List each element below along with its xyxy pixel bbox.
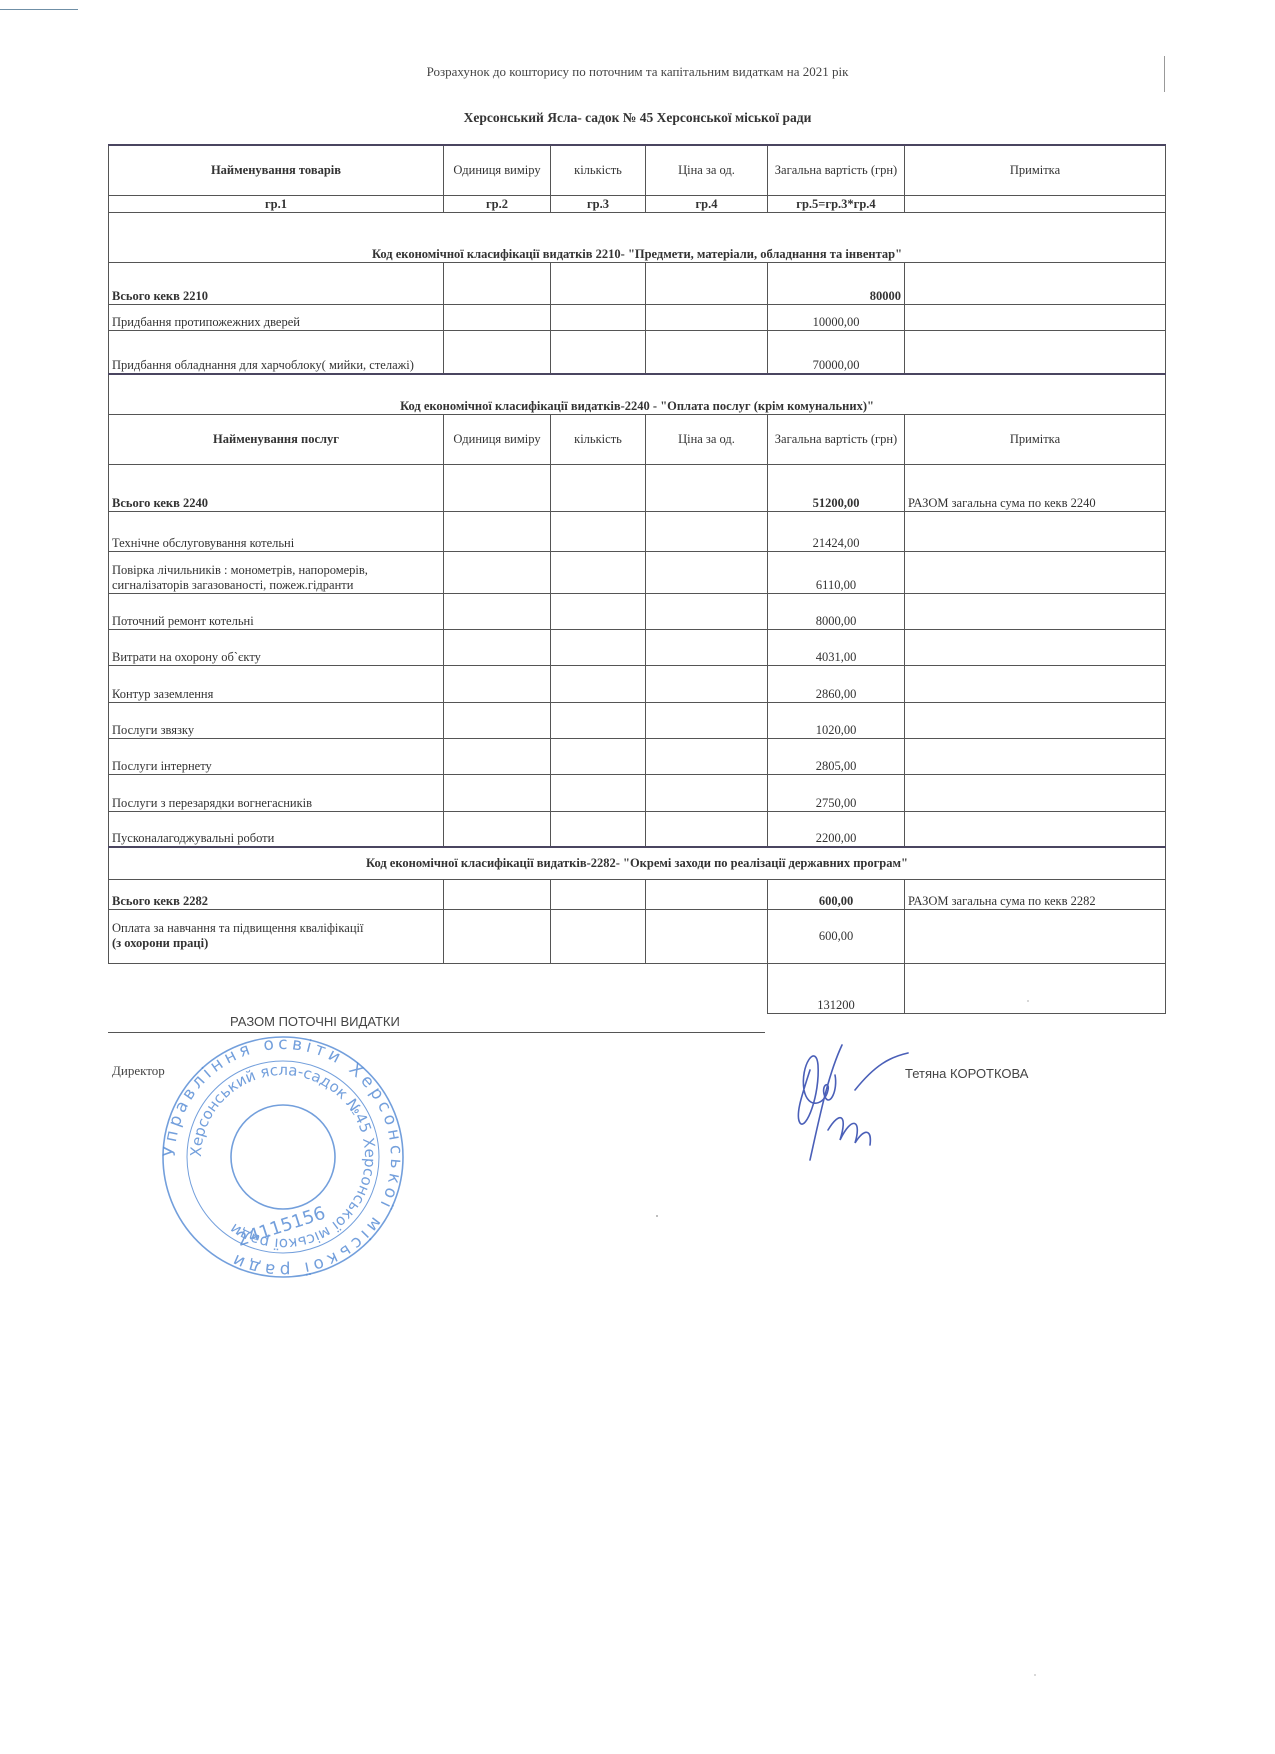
item-sum: 2200,00 [768,811,905,847]
item-sum: 10000,00 [768,304,905,330]
total-label: Всього кекв 2240 [109,464,444,511]
group-code: гр.3 [551,195,646,212]
item-sum: 8000,00 [768,593,905,629]
col-header-price: Ціна за од. [646,145,768,195]
col-header-qty: кількість [551,145,646,195]
group-code: гр.1 [109,195,444,212]
col-header-qty: кількість [551,414,646,464]
scan-speck [1034,1674,1036,1676]
item-sum: 6110,00 [768,551,905,593]
item-sum: 2805,00 [768,738,905,774]
item-name: Придбання обладнання для харчоблоку( мий… [109,330,444,374]
table-row: Придбання протипожежних дверей 10000,00 [109,304,1166,330]
item-name: Послуги інтернету [109,738,444,774]
section-heading: Код економічної класифікації видатків-22… [109,847,1166,879]
table-row: Послуги звязку 1020,00 [109,702,1166,738]
table-row: Послуги інтернету 2805,00 [109,738,1166,774]
total-label: Всього кекв 2282 [109,879,444,909]
total-sum: 51200,00 [768,464,905,511]
grand-total-sum: 131200 [768,963,905,1013]
col-header-total: Загальна вартість (грн) [768,414,905,464]
item-sum: 1020,00 [768,702,905,738]
item-sum: 21424,00 [768,511,905,551]
scan-edge-mark [0,9,78,10]
grand-total-label: РАЗОМ ПОТОЧНІ ВИДАТКИ [230,1014,400,1029]
total-note: РАЗОМ загальна сума по кекв 2240 [905,464,1166,511]
group-code: гр.4 [646,195,768,212]
col-header-note: Примітка [905,414,1166,464]
grand-total-row: 131200 [109,963,1166,1013]
table-row: Витрати на охорону об`єкту 4031,00 [109,629,1166,665]
budget-table: Найменування товарів Одиниця виміру кіль… [108,144,1166,1014]
total-sum: 80000 [768,262,905,304]
table-row: Послуги з перезарядки вогнегасників 2750… [109,774,1166,811]
col-header-name: Найменування послуг [109,414,444,464]
group-code [905,195,1166,212]
item-sum: 2860,00 [768,665,905,702]
col-header-note: Примітка [905,145,1166,195]
item-name-note: (з охорони праці) [112,936,440,951]
total-row-2210: Всього кекв 2210 80000 [109,262,1166,304]
col-header-unit: Одиниця виміру [444,414,551,464]
item-sum: 2750,00 [768,774,905,811]
item-name: Контур заземлення [109,665,444,702]
table-header: Найменування товарів Одиниця виміру кіль… [109,145,1166,195]
table-row: Повірка лічильників : монометрів, напоро… [109,551,1166,593]
item-name: Послуги звязку [109,702,444,738]
col-header-name: Найменування товарів [109,145,444,195]
section-heading: Код економічної класифікації видатків-22… [109,374,1166,414]
total-row-2240: Всього кекв 2240 51200,00 РАЗОМ загальна… [109,464,1166,511]
col-header-unit: Одиниця виміру [444,145,551,195]
col-header-price: Ціна за од. [646,414,768,464]
scan-speck [656,1215,658,1217]
total-label: Всього кекв 2210 [109,262,444,304]
table-row: Пусконалагоджувальні роботи 2200,00 [109,811,1166,847]
item-sum: 600,00 [768,909,905,963]
group-codes-row: гр.1 гр.2 гр.3 гр.4 гр.5=гр.3*гр.4 [109,195,1166,212]
total-sum: 600,00 [768,879,905,909]
item-name: Поточний ремонт котельні [109,593,444,629]
section-heading: Код економічної класифікації видатків 22… [109,212,1166,262]
table-row: Придбання обладнання для харчоблоку( мий… [109,330,1166,374]
item-sum: 70000,00 [768,330,905,374]
total-note [905,262,1166,304]
item-name: Пусконалагоджувальні роботи [109,811,444,847]
item-sum: 4031,00 [768,629,905,665]
item-name: Послуги з перезарядки вогнегасників [109,774,444,811]
table-row: Технічне обслуговування котельні 21424,0… [109,511,1166,551]
col-header-total: Загальна вартість (грн) [768,145,905,195]
official-stamp-icon: Управління освіти Херсонської міської ра… [158,1032,408,1282]
table-row: Контур заземлення 2860,00 [109,665,1166,702]
scan-speck [1027,1000,1029,1002]
item-name: Оплата за навчання та підвищення кваліфі… [112,921,440,936]
item-name: Повірка лічильників : монометрів, напоро… [109,551,444,593]
total-note: РАЗОМ загальна сума по кекв 2282 [905,879,1166,909]
signature-icon [780,1035,910,1175]
table-row: Поточний ремонт котельні 8000,00 [109,593,1166,629]
section-heading-2210: Код економічної класифікації видатків 22… [109,212,1166,262]
section-heading-2240: Код економічної класифікації видатків-22… [109,374,1166,414]
group-code: гр.5=гр.3*гр.4 [768,195,905,212]
institution-name: Херсонський Ясла- садок № 45 Херсонської… [0,110,1275,126]
item-name: Витрати на охорону об`єкту [109,629,444,665]
director-label: Директор [112,1063,165,1079]
group-code: гр.2 [444,195,551,212]
table-row: Оплата за навчання та підвищення кваліфі… [109,909,1166,963]
item-name: Технічне обслуговування котельні [109,511,444,551]
total-row-2282: Всього кекв 2282 600,00 РАЗОМ загальна с… [109,879,1166,909]
document-title: Розрахунок до кошторису по поточним та к… [0,64,1275,80]
signer-name: Тетяна КОРОТКОВА [905,1066,1028,1081]
item-name: Придбання протипожежних дверей [109,304,444,330]
services-header: Найменування послуг Одиниця виміру кільк… [109,414,1166,464]
section-heading-2282: Код економічної класифікації видатків-22… [109,847,1166,879]
